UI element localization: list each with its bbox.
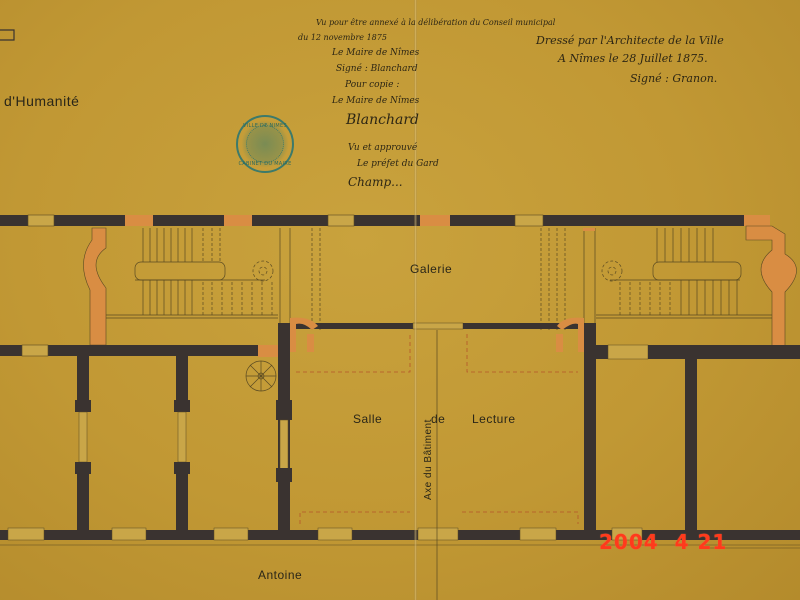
right-rooms (685, 359, 697, 539)
prefect-line-1: Vu et approuvé (348, 143, 417, 153)
room-label-galerie: Galerie (410, 262, 452, 276)
building-axis-label: Axe du Bâtiment (423, 419, 434, 500)
approval-line-3: Le Maire de Nîmes (332, 48, 419, 58)
room-label-salle: Salle (353, 412, 382, 426)
left-staircase (106, 228, 320, 330)
spiral-staircase (246, 361, 276, 391)
middle-walls (0, 323, 800, 538)
architect-line-2: A Nîmes le 28 Juillet 1875. (558, 52, 708, 65)
prefect-line-2: Le préfet du Gard (357, 159, 439, 169)
prefect-signature: Champ... (348, 175, 403, 189)
street-label-antoine: Antoine (258, 568, 302, 582)
architect-signature: Signé : Granon. (630, 72, 717, 85)
document-title-fragment: d'Humanité (4, 93, 79, 109)
stamp-top-text: VILLE DE NIMES (238, 123, 292, 129)
approval-line-2: du 12 novembre 1875 (298, 33, 387, 42)
stamp-inner-ring (246, 125, 284, 163)
top-exterior-wall (0, 215, 770, 226)
camera-date-stamp: 2004 4 21 (599, 530, 727, 554)
right-staircase (541, 228, 772, 330)
mayor-signature: Blanchard (346, 112, 419, 128)
architect-line-1: Dressé par l'Architecte de la Ville (536, 34, 724, 47)
stamp-bottom-text: CABINET DU MAIRE (238, 161, 292, 167)
approval-line-4: Signé : Blanchard (336, 64, 418, 74)
room-label-lecture: Lecture (472, 412, 516, 426)
official-seal-stamp: VILLE DE NIMES CABINET DU MAIRE (236, 115, 294, 173)
paper-fold-crease (414, 0, 417, 600)
left-rooms (75, 356, 292, 530)
floor-plan-drawing (0, 0, 800, 600)
approval-line-6: Le Maire de Nîmes (332, 96, 419, 106)
approval-line-1: Vu pour être annexé à la délibération du… (316, 18, 555, 27)
approval-line-5: Pour copie : (345, 80, 399, 90)
